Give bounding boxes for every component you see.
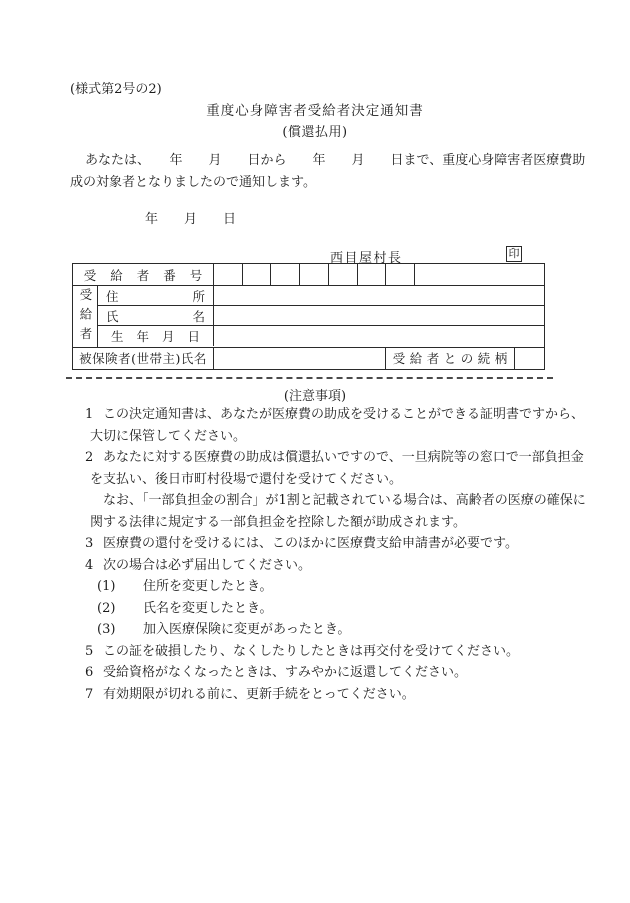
note-text: あなたに対する医療費の助成は償還払いですので、一旦病院等の窓口で一部負担金 xyxy=(103,450,584,465)
dashed-separator xyxy=(66,377,553,379)
note-number: 4 xyxy=(85,555,103,577)
birthdate-label: 生年月日 xyxy=(111,327,213,345)
note-text: 氏名を変更したとき。 xyxy=(143,601,272,616)
note-item-2-addendum-cont: 関する法律に規定する一部負担金を控除した額が助成されます。 xyxy=(70,512,570,534)
address-label-end: 所 xyxy=(192,287,205,305)
relation-value-cell xyxy=(515,348,544,369)
note-number: 7 xyxy=(85,684,103,706)
note-text: 加入医療保険に変更があったとき。 xyxy=(143,622,350,637)
seal-stamp-box: 印 xyxy=(506,246,522,262)
note-text: 受給資格がなくなったときは、すみやかに返還してください。 xyxy=(103,665,467,680)
recipient-number-digit-cell xyxy=(358,264,387,285)
document-title: 重度心身障害者受給者決定通知書 xyxy=(0,99,630,119)
note-number: 5 xyxy=(85,641,103,663)
issue-date-line: 年 月 日 xyxy=(145,208,236,227)
recipient-number-digit-cell xyxy=(214,264,243,285)
recipient-group-label-cell: 受給者 xyxy=(73,286,98,347)
name-label-cell: 氏 名 xyxy=(98,306,214,325)
note-text: この決定通知書は、あなたが医療費の助成を受けることができる証明書ですから、 xyxy=(103,407,584,422)
recipient-number-digit-cell xyxy=(300,264,329,285)
recipient-number-digit-cell xyxy=(271,264,300,285)
note-number: 6 xyxy=(85,662,103,684)
note-text: 医療費の還付を受けるには、このほかに医療費支給申請書が必要です。 xyxy=(103,536,518,551)
note-sub-number: (3) xyxy=(97,619,143,641)
note-text: この証を破損したり、なくしたりしたときは再交付を受けてください。 xyxy=(103,644,519,659)
insured-name-value-cell xyxy=(214,348,386,369)
recipient-number-digit-cell xyxy=(243,264,272,285)
insured-name-row: 被保険者(世帯主)氏名 受給者との続柄 xyxy=(73,348,544,369)
note-item-2-addendum: なお、「一部負担金の割合」が1割と記載されている場合は、高齢者の医療の確保に xyxy=(70,490,570,512)
note-item-6: 6受給資格がなくなったときは、すみやかに返還してください。 xyxy=(70,662,570,684)
note-item-4-sub-2: (2)氏名を変更したとき。 xyxy=(70,598,570,620)
intro-paragraph: あなたは、 年 月 日から 年 月 日まで、重度心身障害者医療費助 成の対象者と… xyxy=(70,150,558,194)
address-label-start: 住 xyxy=(106,287,119,305)
recipient-detail-rows: 受給者 住 所 氏 名 xyxy=(73,286,544,348)
relation-label: 受給者との続柄 xyxy=(393,349,512,367)
name-value-cell xyxy=(214,306,544,325)
note-number: 3 xyxy=(85,533,103,555)
recipient-number-digit-cell xyxy=(329,264,358,285)
note-number: 2 xyxy=(85,447,103,469)
note-item-3: 3医療費の還付を受けるには、このほかに医療費支給申請書が必要です。 xyxy=(70,533,570,555)
recipient-number-label: 受給者番号 xyxy=(84,266,217,284)
note-text: 大切に保管してください。 xyxy=(90,429,246,444)
note-text: 住所を変更したとき。 xyxy=(143,579,272,594)
note-text: なお、「一部負担金の割合」が1割と記載されている場合は、高齢者の医療の確保に xyxy=(103,493,586,508)
document-subtitle: (償還払用) xyxy=(0,121,630,140)
recipient-number-wide-cell xyxy=(415,264,544,285)
insured-name-label: 被保険者(世帯主)氏名 xyxy=(79,349,207,367)
note-text: 有効期限が切れる前に、更新手続をとってください。 xyxy=(103,687,415,702)
intro-line-2: 成の対象者となりましたので通知します。 xyxy=(70,172,558,194)
birthdate-row: 生年月日 xyxy=(98,326,544,346)
note-item-7: 7有効期限が切れる前に、更新手続をとってください。 xyxy=(70,684,570,706)
name-row: 氏 名 xyxy=(98,306,544,326)
note-item-4: 4次の場合は必ず届出してください。 xyxy=(70,555,570,577)
note-text: 次の場合は必ず届出してください。 xyxy=(103,558,311,573)
name-label-start: 氏 xyxy=(106,307,119,325)
note-item-2-cont: を支払い、後日市町村役場で還付を受けてください。 xyxy=(70,469,570,491)
recipient-number-row: 受給者番号 xyxy=(73,264,544,286)
note-item-2: 2あなたに対する医療費の助成は償還払いですので、一旦病院等の窓口で一部負担金 xyxy=(70,447,570,469)
insured-name-label-cell: 被保険者(世帯主)氏名 xyxy=(73,348,214,369)
note-item-5: 5この証を破損したり、なくしたりしたときは再交付を受けてください。 xyxy=(70,641,570,663)
address-label-cell: 住 所 xyxy=(98,286,214,305)
form-number: (様式第2号の2) xyxy=(70,78,162,97)
notes-list: 1この決定通知書は、あなたが医療費の助成を受けることができる証明書ですから、 大… xyxy=(70,404,570,705)
intro-line-1: あなたは、 年 月 日から 年 月 日まで、重度心身障害者医療費助 xyxy=(70,150,558,172)
recipient-number-digit-cells xyxy=(214,264,415,285)
recipient-number-digit-cell xyxy=(386,264,415,285)
address-value-cell xyxy=(214,286,544,305)
recipient-group-label: 受給者 xyxy=(76,286,94,347)
document-page: (様式第2号の2) 重度心身障害者受給者決定通知書 (償還払用) あなたは、 年… xyxy=(0,0,630,903)
seal-character: 印 xyxy=(509,247,520,260)
note-text: を支払い、後日市町村役場で還付を受けてください。 xyxy=(90,472,402,487)
note-sub-number: (2) xyxy=(97,598,143,620)
name-label-end: 名 xyxy=(192,307,205,325)
note-item-4-sub-1: (1)住所を変更したとき。 xyxy=(70,576,570,598)
birthdate-value-cell xyxy=(214,326,544,346)
recipient-table: 受給者番号 受給者 住 所 xyxy=(72,263,545,370)
note-number: 1 xyxy=(85,404,103,426)
note-item-4-sub-3: (3)加入医療保険に変更があったとき。 xyxy=(70,619,570,641)
note-item-1-cont: 大切に保管してください。 xyxy=(70,426,570,448)
address-row: 住 所 xyxy=(98,286,544,306)
birthdate-label-cell: 生年月日 xyxy=(98,326,214,346)
note-item-1: 1この決定通知書は、あなたが医療費の助成を受けることができる証明書ですから、 xyxy=(70,404,570,426)
recipient-number-label-cell: 受給者番号 xyxy=(73,264,214,285)
note-sub-number: (1) xyxy=(97,576,143,598)
note-text: 関する法律に規定する一部負担金を控除した額が助成されます。 xyxy=(90,515,466,530)
relation-label-cell: 受給者との続柄 xyxy=(386,348,515,369)
notes-heading: (注意事項) xyxy=(0,385,630,404)
